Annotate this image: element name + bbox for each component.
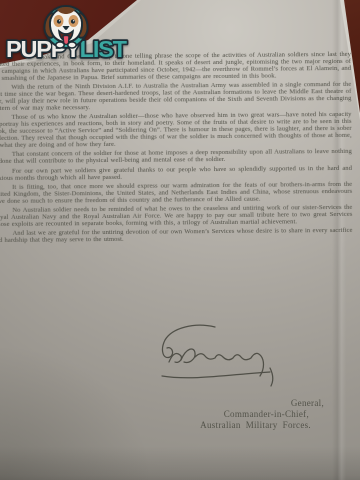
foreword-paragraph-6: It is fitting, too, that once more we sh… [0, 182, 352, 206]
foreword-paragraph-7: No Australian soldier needs to be remind… [0, 205, 353, 229]
photographed-book-page: “Khaki and Green” sums up in one telling… [0, 0, 360, 480]
signoff-block: General, Commander-in-Chief, Australian … [104, 398, 324, 431]
signoff-force: Australian Military Forces. [104, 420, 324, 431]
foreword-text: “Khaki and Green” sums up in one telling… [0, 52, 353, 248]
foreword-paragraph-2: With the return of the Ninth Division A.… [0, 82, 351, 113]
watermark-logo: PUPPYLIST [0, 0, 170, 66]
foreword-paragraph-4: That constant concern of the soldier for… [0, 149, 352, 166]
signoff-rank: General, [104, 398, 324, 409]
foreword-paragraph-8: And last we are grateful for the untirin… [0, 228, 353, 245]
puppy-dog-icon [35, 1, 95, 53]
foreword-paragraph-3: Those of us who know the Australian sold… [0, 112, 352, 150]
signature-t-a-blamey [148, 324, 298, 394]
foreword-paragraph-5: For our own part we soldiers give gratef… [0, 165, 352, 182]
signoff-title: Commander-in-Chief, [104, 409, 324, 420]
